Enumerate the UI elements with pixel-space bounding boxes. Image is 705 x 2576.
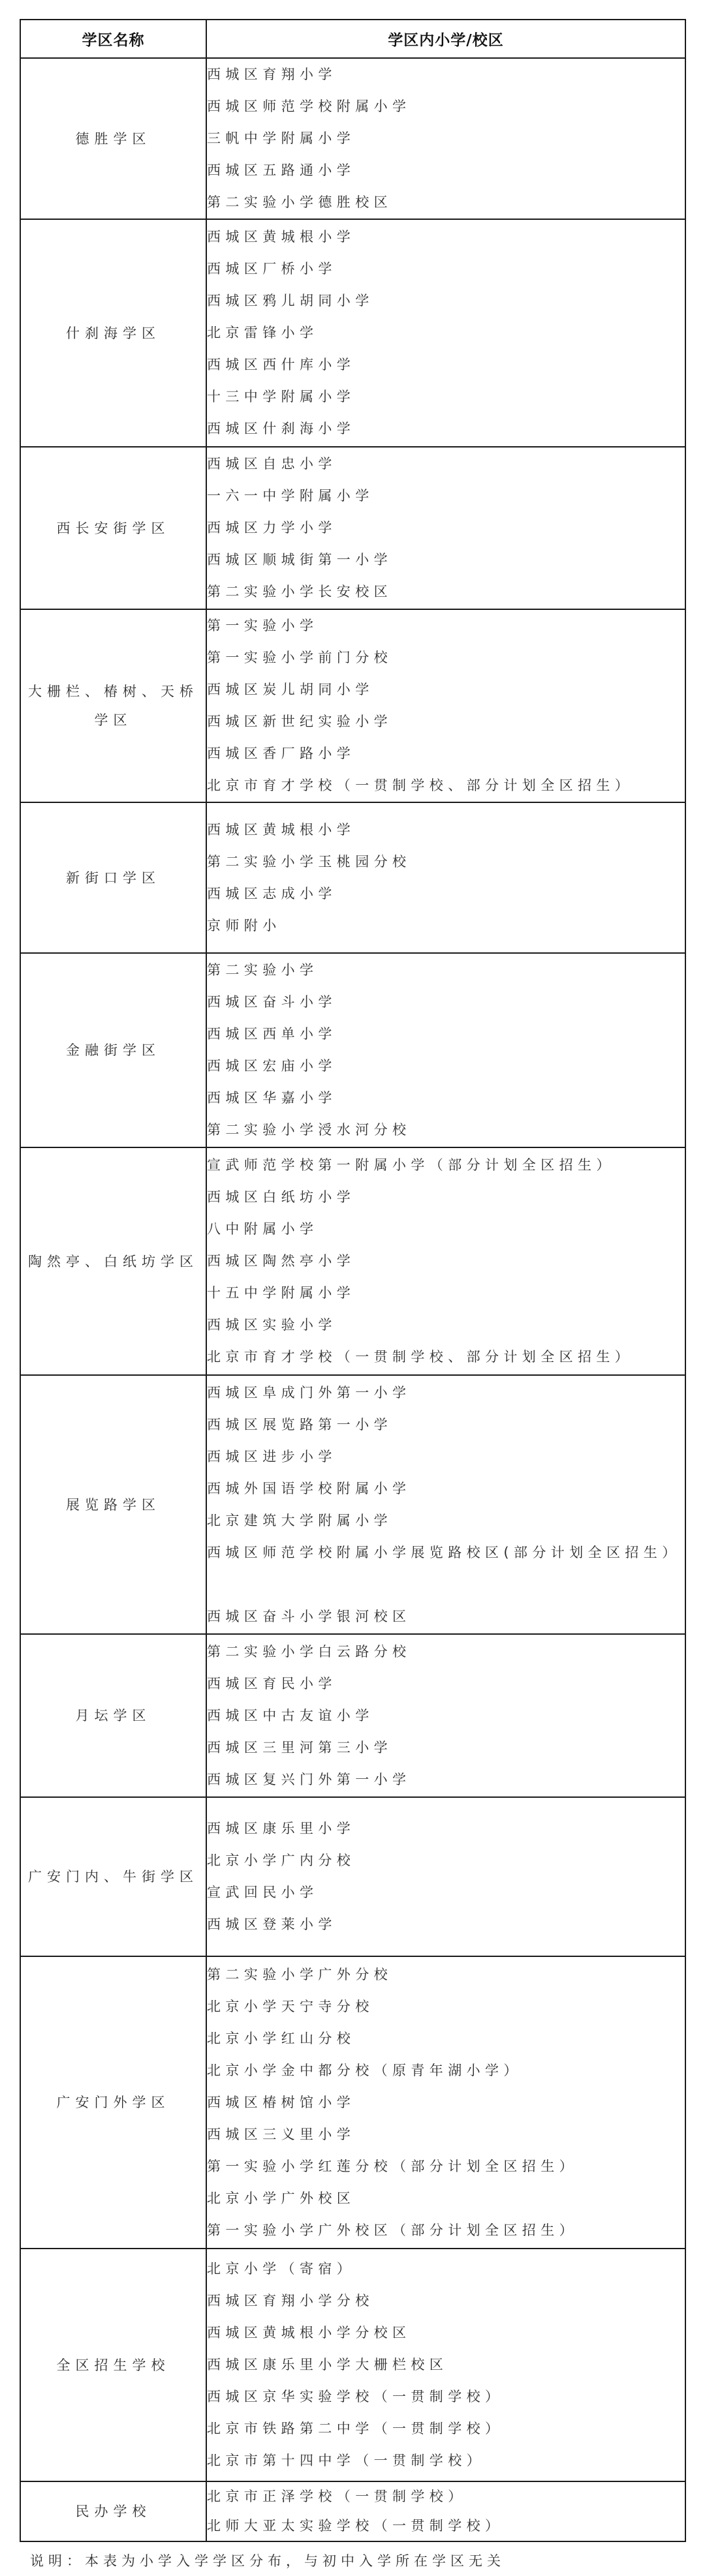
district-name-cell: 什刹海学区 bbox=[20, 219, 206, 447]
school-list-item: 西城区鸦儿胡同小学 bbox=[207, 285, 685, 317]
table-row: 陶然亭、白纸坊学区宣武师范学校第一附属小学（部分计划全区招生）西城区白纸坊小学八… bbox=[20, 1147, 685, 1375]
table-header-row: 学区名称 学区内小学/校区 bbox=[20, 20, 685, 58]
school-list-item: 北京市铁路第二中学（一贯制学校） bbox=[207, 2413, 685, 2445]
schools-cell: 宣武师范学校第一附属小学（部分计划全区招生）西城区白纸坊小学八中附属小学西城区陶… bbox=[206, 1147, 685, 1375]
schools-cell: 西城区黄城根小学西城区厂桥小学西城区鸦儿胡同小学北京雷锋小学西城区西什库小学十三… bbox=[206, 219, 685, 447]
table-row: 展览路学区西城区阜成门外第一小学西城区展览路第一小学西城区进步小学西城外国语学校… bbox=[20, 1375, 685, 1634]
school-list-item: 西城区展览路第一小学 bbox=[207, 1409, 685, 1441]
district-name-cell: 西长安街学区 bbox=[20, 447, 206, 609]
school-list-item: 西城区椿树馆小学 bbox=[207, 2087, 685, 2119]
school-list-item: 第一实验小学前门分校 bbox=[207, 642, 685, 674]
header-schools: 学区内小学/校区 bbox=[206, 20, 685, 58]
table-row: 金融街学区第二实验小学西城区奋斗小学西城区西单小学西城区宏庙小学西城区华嘉小学第… bbox=[20, 953, 685, 1147]
schools-cell: 西城区育翔小学西城区师范学校附属小学三帆中学附属小学西城区五路通小学第二实验小学… bbox=[206, 58, 685, 219]
school-list-item: 西城区育翔小学 bbox=[207, 59, 685, 91]
footnote: 说明：本表为小学入学学区分布，与初中入学所在学区无关 bbox=[30, 2551, 505, 2570]
school-list-item: 京师附小 bbox=[207, 910, 685, 942]
table-row: 大栅栏、椿树、天桥学区第一实验小学第一实验小学前门分校西城区炭儿胡同小学西城区新… bbox=[20, 609, 685, 802]
school-list-item: 宣武师范学校第一附属小学（部分计划全区招生） bbox=[207, 1149, 685, 1181]
district-name-cell: 新街口学区 bbox=[20, 802, 206, 953]
school-list-item: 西城区什刹海小学 bbox=[207, 413, 685, 445]
school-list-item: 第二实验小学白云路分校 bbox=[207, 1636, 685, 1668]
school-list-item: 北京小学天宁寺分校 bbox=[207, 1991, 685, 2023]
school-list-item: 第一实验小学红莲分校（部分计划全区招生） bbox=[207, 2151, 685, 2183]
district-name-cell: 广安门内、牛街学区 bbox=[20, 1797, 206, 1956]
school-list-item: 西城区登莱小学 bbox=[207, 1909, 685, 1941]
school-list-item: 西城区顺城街第一小学 bbox=[207, 544, 685, 576]
table-row: 广安门内、牛街学区西城区康乐里小学北京小学广内分校宣武回民小学西城区登莱小学 bbox=[20, 1797, 685, 1956]
school-list-item: 西城区宏庙小学 bbox=[207, 1050, 685, 1082]
school-list-item: 西城区五路通小学 bbox=[207, 155, 685, 187]
school-list-item: 西城区康乐里小学大栅栏校区 bbox=[207, 2349, 685, 2381]
table-row: 民办学校北京市正泽学校（一贯制学校）北师大亚太实验学校（一贯制学校） bbox=[20, 2481, 685, 2541]
document-page: 学区名称 学区内小学/校区 德胜学区西城区育翔小学西城区师范学校附属小学三帆中学… bbox=[0, 0, 705, 2576]
district-name-cell: 陶然亭、白纸坊学区 bbox=[20, 1147, 206, 1375]
school-list-item: 西城区新世纪实验小学 bbox=[207, 706, 685, 738]
school-list-item: 第二实验小学涭水河分校 bbox=[207, 1114, 685, 1146]
school-list-item: 第一实验小学 bbox=[207, 610, 685, 642]
school-list-item: 西城区育民小学 bbox=[207, 1668, 685, 1700]
school-list-item: 西城区陶然亭小学 bbox=[207, 1245, 685, 1277]
school-list-item: 第二实验小学广外分校 bbox=[207, 1959, 685, 1991]
school-list-item: 第二实验小学长安校区 bbox=[207, 576, 685, 608]
table-row: 德胜学区西城区育翔小学西城区师范学校附属小学三帆中学附属小学西城区五路通小学第二… bbox=[20, 58, 685, 219]
schools-cell: 西城区自忠小学一六一中学附属小学西城区力学小学西城区顺城街第一小学第二实验小学长… bbox=[206, 447, 685, 609]
school-list-item: 西城区实验小学 bbox=[207, 1309, 685, 1341]
table-row: 月坛学区第二实验小学白云路分校西城区育民小学西城区中古友谊小学西城区三里河第三小… bbox=[20, 1634, 685, 1797]
school-list-item: 北京雷锋小学 bbox=[207, 317, 685, 349]
school-list-item: 十五中学附属小学 bbox=[207, 1277, 685, 1309]
school-list-item: 西城区志成小学 bbox=[207, 878, 685, 910]
school-list-item: 八中附属小学 bbox=[207, 1213, 685, 1245]
district-name-cell: 广安门外学区 bbox=[20, 1956, 206, 2249]
school-list-item: 西城区师范学校附属小学 bbox=[207, 91, 685, 123]
school-list-item: 一六一中学附属小学 bbox=[207, 480, 685, 512]
table-row: 西长安街学区西城区自忠小学一六一中学附属小学西城区力学小学西城区顺城街第一小学第… bbox=[20, 447, 685, 609]
school-list-item: 西城区奋斗小学 bbox=[207, 986, 685, 1018]
school-list-item: 西城区黄城根小学分校区 bbox=[207, 2317, 685, 2349]
school-list-item: 西城区育翔小学分校 bbox=[207, 2285, 685, 2317]
school-list-item: 北京市正泽学校（一贯制学校） bbox=[207, 2482, 685, 2511]
table-row: 广安门外学区第二实验小学广外分校北京小学天宁寺分校北京小学红山分校北京小学金中都… bbox=[20, 1956, 685, 2249]
school-list-item: 北京市第十四中学（一贯制学校） bbox=[207, 2445, 685, 2477]
district-name-cell: 展览路学区 bbox=[20, 1375, 206, 1634]
district-name-cell: 民办学校 bbox=[20, 2481, 206, 2541]
schools-cell: 第二实验小学广外分校北京小学天宁寺分校北京小学红山分校北京小学金中都分校（原青年… bbox=[206, 1956, 685, 2249]
school-list-item: 第一实验小学广外校区（部分计划全区招生） bbox=[207, 2215, 685, 2247]
school-list-item: 西城区黄城根小学 bbox=[207, 221, 685, 253]
district-name-cell: 德胜学区 bbox=[20, 58, 206, 219]
school-list-item: 第二实验小学 bbox=[207, 954, 685, 986]
school-list-item: 北京小学广内分校 bbox=[207, 1845, 685, 1877]
school-list-item: 西城区京华实验学校（一贯制学校） bbox=[207, 2381, 685, 2413]
schools-cell: 西城区阜成门外第一小学西城区展览路第一小学西城区进步小学西城外国语学校附属小学北… bbox=[206, 1375, 685, 1634]
table-body: 德胜学区西城区育翔小学西城区师范学校附属小学三帆中学附属小学西城区五路通小学第二… bbox=[20, 58, 685, 2541]
school-list-item: 西城区复兴门外第一小学 bbox=[207, 1764, 685, 1796]
district-name-cell: 大栅栏、椿树、天桥学区 bbox=[20, 609, 206, 802]
district-name-cell: 全区招生学校 bbox=[20, 2249, 206, 2481]
school-list-item: 西城区炭儿胡同小学 bbox=[207, 674, 685, 706]
school-list-item: 北京小学金中都分校（原青年湖小学） bbox=[207, 2055, 685, 2087]
school-list-item: 西城区师范学校附属小学展览路校区(部分计划全区招生） bbox=[207, 1537, 685, 1601]
school-list-item: 北京小学（寄宿） bbox=[207, 2253, 685, 2285]
school-list-item: 西城区自忠小学 bbox=[207, 448, 685, 480]
schools-cell: 西城区黄城根小学第二实验小学玉桃园分校西城区志成小学京师附小 bbox=[206, 802, 685, 953]
school-list-item: 第二实验小学德胜校区 bbox=[207, 187, 685, 219]
school-list-item: 北京小学广外校区 bbox=[207, 2183, 685, 2215]
district-name-cell: 月坛学区 bbox=[20, 1634, 206, 1797]
table-row: 什刹海学区西城区黄城根小学西城区厂桥小学西城区鸦儿胡同小学北京雷锋小学西城区西什… bbox=[20, 219, 685, 447]
school-list-item: 西城区白纸坊小学 bbox=[207, 1181, 685, 1213]
school-list-item: 北京小学红山分校 bbox=[207, 2023, 685, 2055]
schools-cell: 北京市正泽学校（一贯制学校）北师大亚太实验学校（一贯制学校） bbox=[206, 2481, 685, 2541]
school-list-item: 西城区三义里小学 bbox=[207, 2119, 685, 2151]
school-list-item: 西城区力学小学 bbox=[207, 512, 685, 544]
header-district-name: 学区名称 bbox=[20, 20, 206, 58]
school-list-item: 西城区西什库小学 bbox=[207, 349, 685, 381]
school-list-item: 西城区阜成门外第一小学 bbox=[207, 1377, 685, 1409]
school-district-table: 学区名称 学区内小学/校区 德胜学区西城区育翔小学西城区师范学校附属小学三帆中学… bbox=[20, 19, 686, 2542]
schools-cell: 第二实验小学白云路分校西城区育民小学西城区中古友谊小学西城区三里河第三小学西城区… bbox=[206, 1634, 685, 1797]
schools-cell: 第一实验小学第一实验小学前门分校西城区炭儿胡同小学西城区新世纪实验小学西城区香厂… bbox=[206, 609, 685, 802]
table-row: 全区招生学校北京小学（寄宿）西城区育翔小学分校西城区黄城根小学分校区西城区康乐里… bbox=[20, 2249, 685, 2481]
school-list-item: 西城区黄城根小学 bbox=[207, 814, 685, 846]
school-list-item: 北京建筑大学附属小学 bbox=[207, 1505, 685, 1537]
school-list-item: 第二实验小学玉桃园分校 bbox=[207, 846, 685, 878]
school-list-item: 北京市育才学校（一贯制学校、部分计划全区招生） bbox=[207, 770, 685, 802]
school-list-item: 西城区厂桥小学 bbox=[207, 253, 685, 285]
school-list-item: 十三中学附属小学 bbox=[207, 381, 685, 413]
school-list-item: 三帆中学附属小学 bbox=[207, 123, 685, 155]
school-list-item: 西城区进步小学 bbox=[207, 1441, 685, 1473]
school-list-item: 西城区奋斗小学银河校区 bbox=[207, 1601, 685, 1633]
school-list-item: 西城区华嘉小学 bbox=[207, 1082, 685, 1114]
school-list-item: 西城区西单小学 bbox=[207, 1018, 685, 1050]
schools-cell: 第二实验小学西城区奋斗小学西城区西单小学西城区宏庙小学西城区华嘉小学第二实验小学… bbox=[206, 953, 685, 1147]
table-row: 新街口学区西城区黄城根小学第二实验小学玉桃园分校西城区志成小学京师附小 bbox=[20, 802, 685, 953]
district-name-cell: 金融街学区 bbox=[20, 953, 206, 1147]
school-list-item: 西城区三里河第三小学 bbox=[207, 1732, 685, 1764]
schools-cell: 西城区康乐里小学北京小学广内分校宣武回民小学西城区登莱小学 bbox=[206, 1797, 685, 1956]
school-list-item: 宣武回民小学 bbox=[207, 1877, 685, 1909]
schools-cell: 北京小学（寄宿）西城区育翔小学分校西城区黄城根小学分校区西城区康乐里小学大栅栏校… bbox=[206, 2249, 685, 2481]
school-list-item: 北师大亚太实验学校（一贯制学校） bbox=[207, 2511, 685, 2541]
school-list-item: 西城区中古友谊小学 bbox=[207, 1700, 685, 1732]
school-list-item: 西城区康乐里小学 bbox=[207, 1813, 685, 1845]
school-list-item: 西城区香厂路小学 bbox=[207, 738, 685, 770]
school-list-item: 西城外国语学校附属小学 bbox=[207, 1473, 685, 1505]
school-list-item: 北京市育才学校（一贯制学校、部分计划全区招生） bbox=[207, 1341, 685, 1373]
